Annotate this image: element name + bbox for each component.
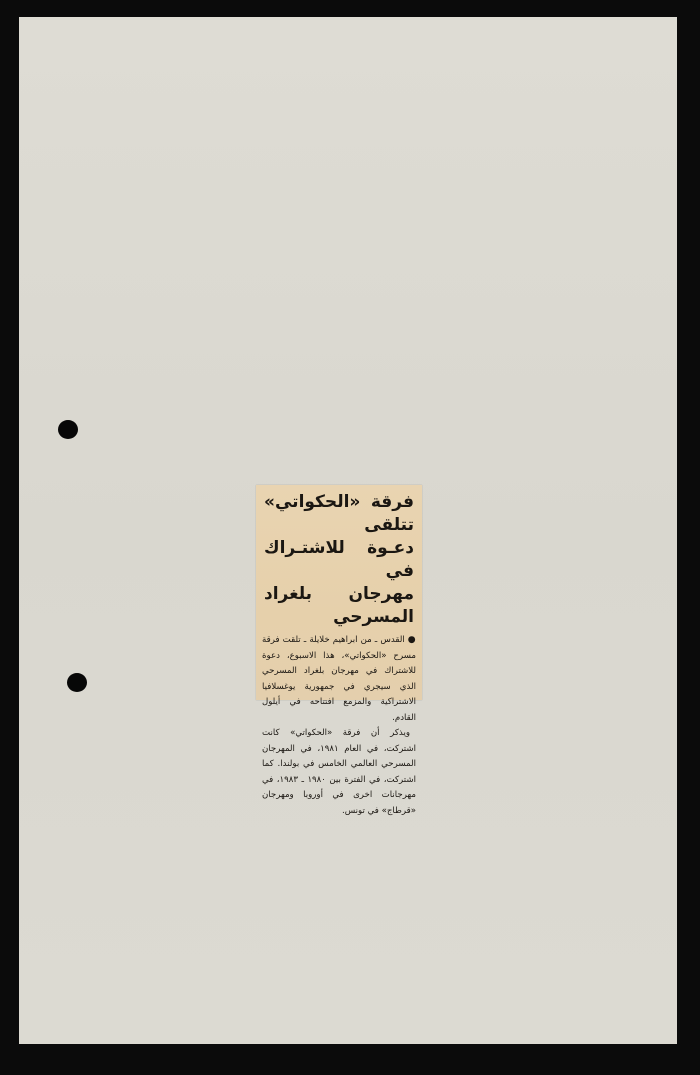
punch-hole-top <box>58 420 78 439</box>
punch-hole-bottom <box>67 673 87 692</box>
clipping-headline: فرقة «الحكواتي» تتلقى دعـوة للاشتـراك في… <box>264 491 414 629</box>
archival-page: فرقة «الحكواتي» تتلقى دعـوة للاشتـراك في… <box>19 17 677 1044</box>
headline-line-3: مهرجان بلغراد المسرحي <box>264 583 414 629</box>
clipping-paragraph-2: ويذكر أن فرقة «الحكواتي» كانت اشتركت، في… <box>262 726 416 819</box>
headline-line-1: فرقة «الحكواتي» تتلقى <box>264 491 414 537</box>
headline-line-2: دعـوة للاشتـراك في <box>264 537 414 583</box>
clipping-body: القدس ـ من ابراهيم خلايلة ـ تلقت فرقة مس… <box>262 633 416 819</box>
clipping-paragraph-1: القدس ـ من ابراهيم خلايلة ـ تلقت فرقة مس… <box>262 633 416 726</box>
newspaper-clipping: فرقة «الحكواتي» تتلقى دعـوة للاشتـراك في… <box>256 485 422 700</box>
